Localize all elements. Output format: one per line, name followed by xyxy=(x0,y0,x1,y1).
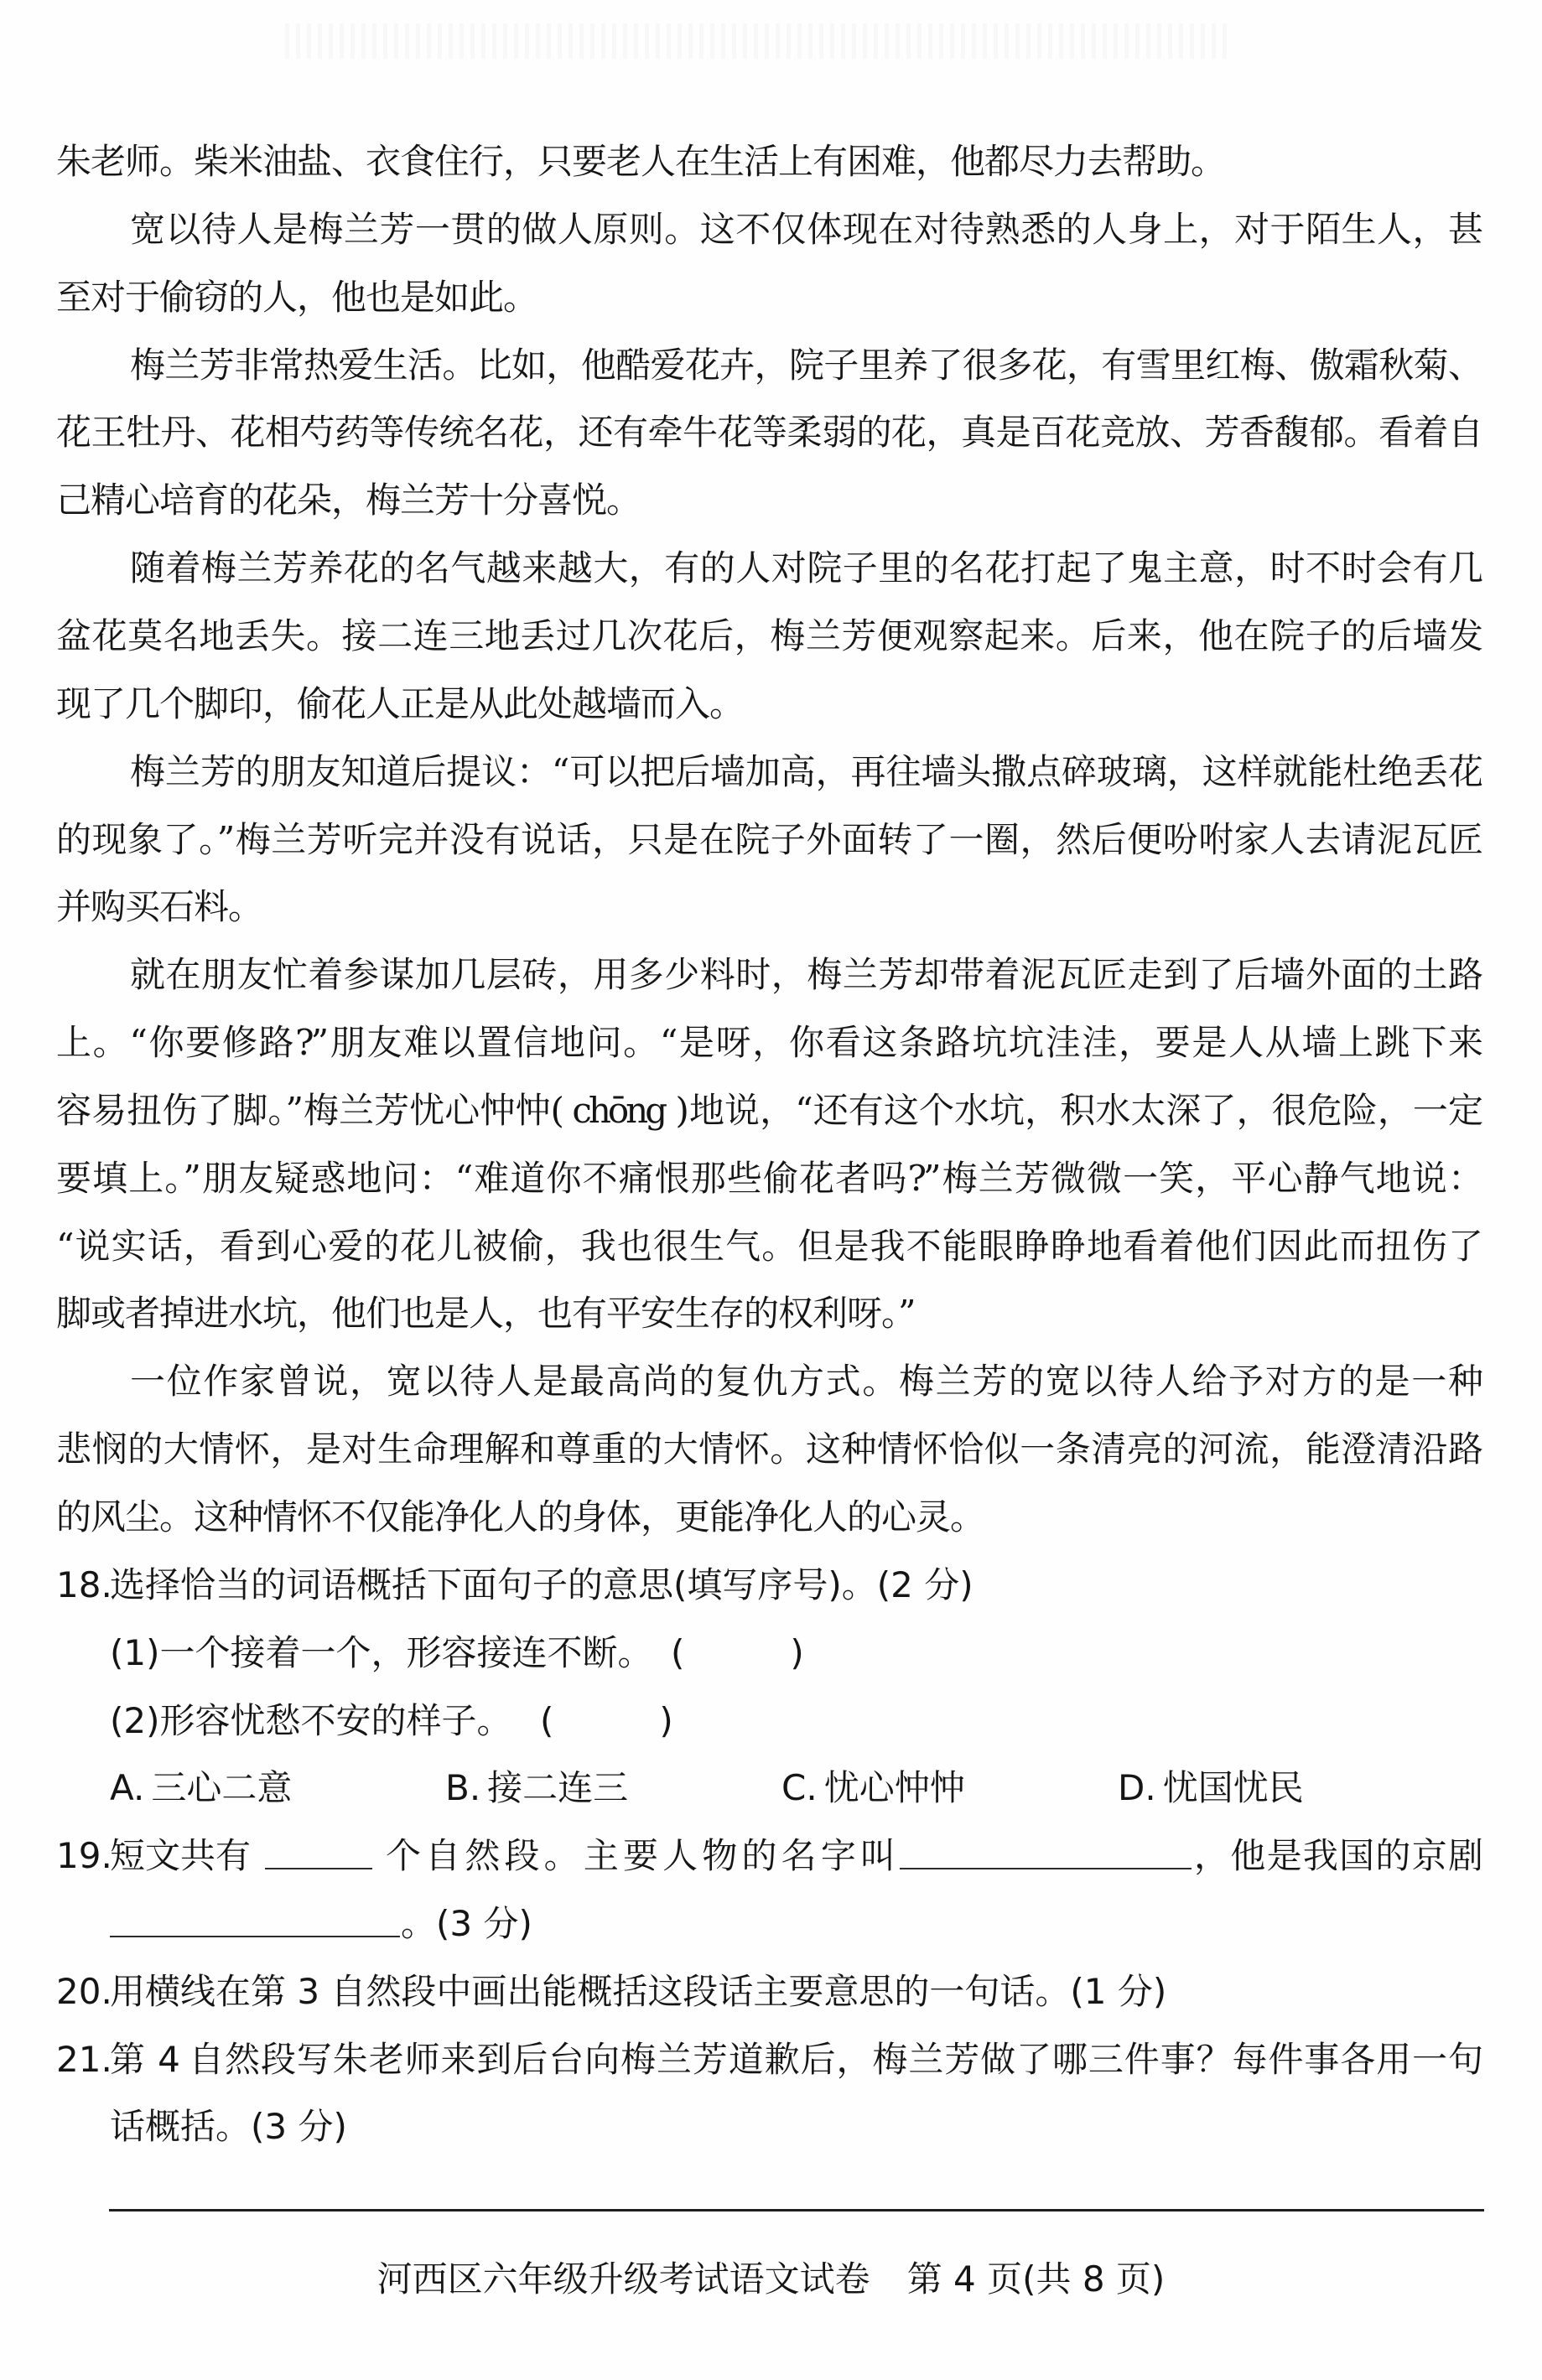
sub-item-text: 一个接着一个，形容接连不断。 xyxy=(160,1632,653,1673)
passage-line: 现了几个脚印，偷花人正是从此处越墙而入。 xyxy=(56,679,744,729)
option-text: 接二连三 xyxy=(487,1767,628,1808)
question-number: 18. xyxy=(56,1560,112,1610)
question-text-segment: 个自然段。主要人物的名字叫 xyxy=(386,1831,892,1881)
passage-line: 梅兰芳非常热爱生活。比如，他酷爱花卉，院子里养了很多花，有雪里红梅、傲霜秋菊、 xyxy=(130,340,1480,391)
fill-blank-character-name xyxy=(900,1831,1192,1869)
passage-line: 的现象了。”梅兰芳听完并没有说话，只是在院子外面转了一圈，然后便吩咐家人去请泥瓦… xyxy=(56,815,1480,865)
question-text-segment: ，他是我国的京剧 xyxy=(1194,1831,1480,1881)
passage-line: 随着梅兰芳养花的名气越来越大，有的人对院子里的名花打起了鬼主意，时不时会有几 xyxy=(130,543,1480,594)
option-a: A.三心二意 xyxy=(110,1763,292,1813)
sub-item-label: (2) xyxy=(110,1700,160,1741)
answer-blank: ( ) xyxy=(540,1696,673,1746)
passage-line: 要填上。”朋友疑惑地问：“难道你不痛恨那些偷花者吗?”梅兰芳微微一笑，平心静气地… xyxy=(56,1154,1480,1204)
passage-line: 悲悯的大情怀，是对生命理解和尊重的大情怀。这种情怀恰似一条清亮的河流，能澄清沿路 xyxy=(56,1424,1480,1475)
option-c: C.忧心忡忡 xyxy=(781,1763,965,1813)
page-number: 第 4 页(共 8 页) xyxy=(907,2258,1166,2300)
scan-bleed-through xyxy=(285,23,1233,59)
option-b: B.接二连三 xyxy=(445,1763,628,1813)
option-label: C. xyxy=(781,1767,818,1808)
passage-line: 朱老师。柴米油盐、衣食住行，只要老人在生活上有困难，他都尽力去帮助。 xyxy=(56,137,1225,187)
passage-line: 花王牡丹、花相芍药等传统名花，还有牵牛花等柔弱的花，真是百花竞放、芳香馥郁。看着… xyxy=(56,407,1480,458)
answer-line-divider xyxy=(109,2209,1484,2211)
passage-line: 梅兰芳的朋友知道后提议：“可以把后墙加高，再往墙头撒点碎玻璃，这样就能杜绝丢花 xyxy=(130,747,1480,797)
passage-line: 宽以待人是梅兰芳一贯的做人原则。这不仅体现在对待熟悉的人身上，对于陌生人，甚 xyxy=(130,205,1480,255)
passage-line: 脚或者掉进水坑，他们也是人，也有平安生存的权利呀。” xyxy=(56,1289,915,1339)
option-d: D.忧国忧民 xyxy=(1118,1763,1304,1813)
sub-item-2: (2)形容忧愁不安的样子。 xyxy=(110,1696,512,1746)
option-text: 三心二意 xyxy=(151,1767,292,1808)
option-label: A. xyxy=(110,1767,144,1808)
question-prompt: 选择恰当的词语概括下面句子的意思(填写序号)。(2 分) xyxy=(110,1560,973,1610)
sub-item-text: 形容忧愁不安的样子。 xyxy=(160,1700,512,1741)
fill-blank-profession xyxy=(110,1899,400,1937)
passage-line: 己精心培育的花朵，梅兰芳十分喜悦。 xyxy=(56,475,641,526)
option-label: D. xyxy=(1118,1767,1156,1808)
exam-page: 朱老师。柴米油盐、衣食住行，只要老人在生活上有困难，他都尽力去帮助。 宽以待人是… xyxy=(0,0,1542,2380)
passage-line: 的风尘。这种情怀不仅能净化人的身体，更能净化人的心灵。 xyxy=(56,1492,984,1543)
passage-line: “说实话，看到心爱的花儿被偷，我也很生气。但是我不能眼睁睁地看着他们因此而扭伤了 xyxy=(56,1221,1480,1272)
question-number: 21. xyxy=(56,2035,112,2085)
passage-line: 盆花莫名地丢失。接二连三地丢过几次花后，梅兰芳便观察起来。后来，他在院子的后墙发 xyxy=(56,611,1480,661)
sub-item-label: (1) xyxy=(110,1632,160,1673)
question-text-segment: 。(3 分) xyxy=(401,1899,532,1949)
passage-line: 一位作家曾说，宽以待人是最高尚的复仇方式。梅兰芳的宽以待人给予对方的是一种 xyxy=(130,1356,1480,1407)
question-number: 20. xyxy=(56,1967,112,2017)
page-footer: 河西区六年级升级考试语文试卷第 4 页(共 8 页) xyxy=(0,2254,1542,2305)
option-label: B. xyxy=(445,1767,480,1808)
passage-line: 就在朋友忙着参谋加几层砖，用多少料时，梅兰芳却带着泥瓦匠走到了后墙外面的土路 xyxy=(130,950,1480,1000)
question-prompt: 话概括。(3 分) xyxy=(110,2102,347,2152)
passage-line: 并购买石料。 xyxy=(56,882,262,932)
question-number: 19. xyxy=(56,1831,112,1881)
passage-line: 容易扭伤了脚。”梅兰芳忧心忡忡( chōng )地说，“还有这个水坑，积水太深了… xyxy=(56,1086,1480,1136)
passage-line: 上。“你要修路?”朋友难以置信地问。“是呀，你看这条路坑坑洼洼，要是人从墙上跳下… xyxy=(56,1018,1480,1068)
question-prompt: 第 4 自然段写朱老师来到后台向梅兰芳道歉后，梅兰芳做了哪三件事？每件事各用一句 xyxy=(110,2035,1480,2085)
answer-blank: ( ) xyxy=(671,1628,804,1678)
passage-line: 至对于偷窃的人，他也是如此。 xyxy=(56,272,537,323)
question-prompt: 用横线在第 3 自然段中画出能概括这段话主要意思的一句话。(1 分) xyxy=(110,1967,1166,2017)
sub-item-1: (1)一个接着一个，形容接连不断。 xyxy=(110,1628,653,1678)
option-text: 忧国忧民 xyxy=(1163,1767,1304,1808)
question-text-segment: 短文共有 xyxy=(110,1831,251,1881)
fill-blank-paragraph-count xyxy=(265,1831,372,1869)
option-text: 忧心忡忡 xyxy=(824,1767,965,1808)
exam-title: 河西区六年级升级考试语文试卷 xyxy=(377,2258,870,2300)
